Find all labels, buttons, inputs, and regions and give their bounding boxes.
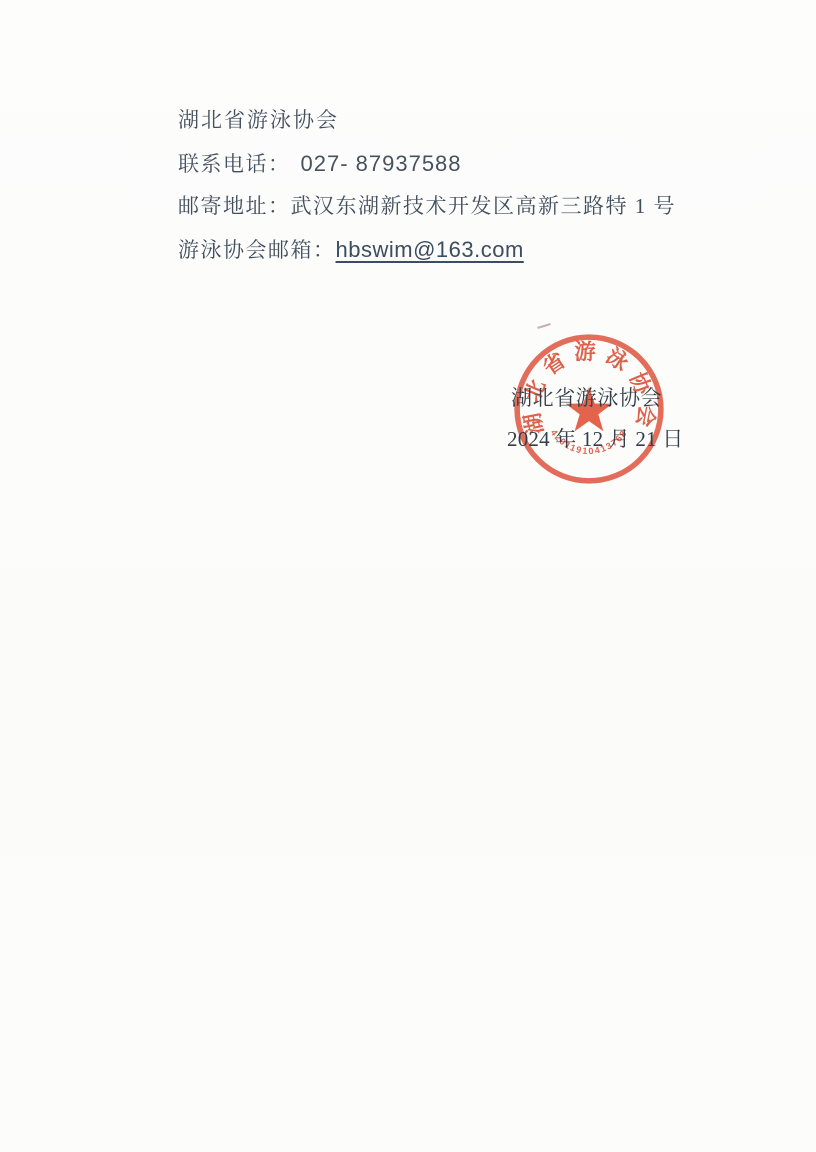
phone-value: 027- 87937588	[301, 151, 462, 176]
address-value: 武汉东湖新技术开发区高新三路特 1 号	[291, 194, 677, 218]
address-label: 邮寄地址：	[178, 194, 291, 218]
contact-phone-line: 联系电话：027- 87937588	[178, 142, 676, 185]
scanned-letter-page: 湖北省游泳协会 联系电话：027- 87937588 邮寄地址：武汉东湖新技术开…	[0, 0, 816, 1152]
email-link[interactable]: hbswim@163.com	[336, 237, 524, 262]
contact-org-name: 湖北省游泳协会	[178, 99, 676, 142]
contact-email-line: 游泳协会邮箱：hbswim@163.com	[178, 228, 676, 271]
signature-date: 2024 年 12 月 21 日	[507, 423, 683, 453]
email-label: 游泳协会邮箱：	[178, 238, 336, 262]
contact-block: 湖北省游泳协会 联系电话：027- 87937588 邮寄地址：武汉东湖新技术开…	[178, 99, 676, 271]
signature-org-name: 湖北省游泳协会	[511, 382, 663, 412]
contact-address-line: 邮寄地址：武汉东湖新技术开发区高新三路特 1 号	[178, 185, 676, 228]
phone-label: 联系电话：	[178, 152, 291, 176]
scan-artifact-mark	[537, 323, 551, 329]
